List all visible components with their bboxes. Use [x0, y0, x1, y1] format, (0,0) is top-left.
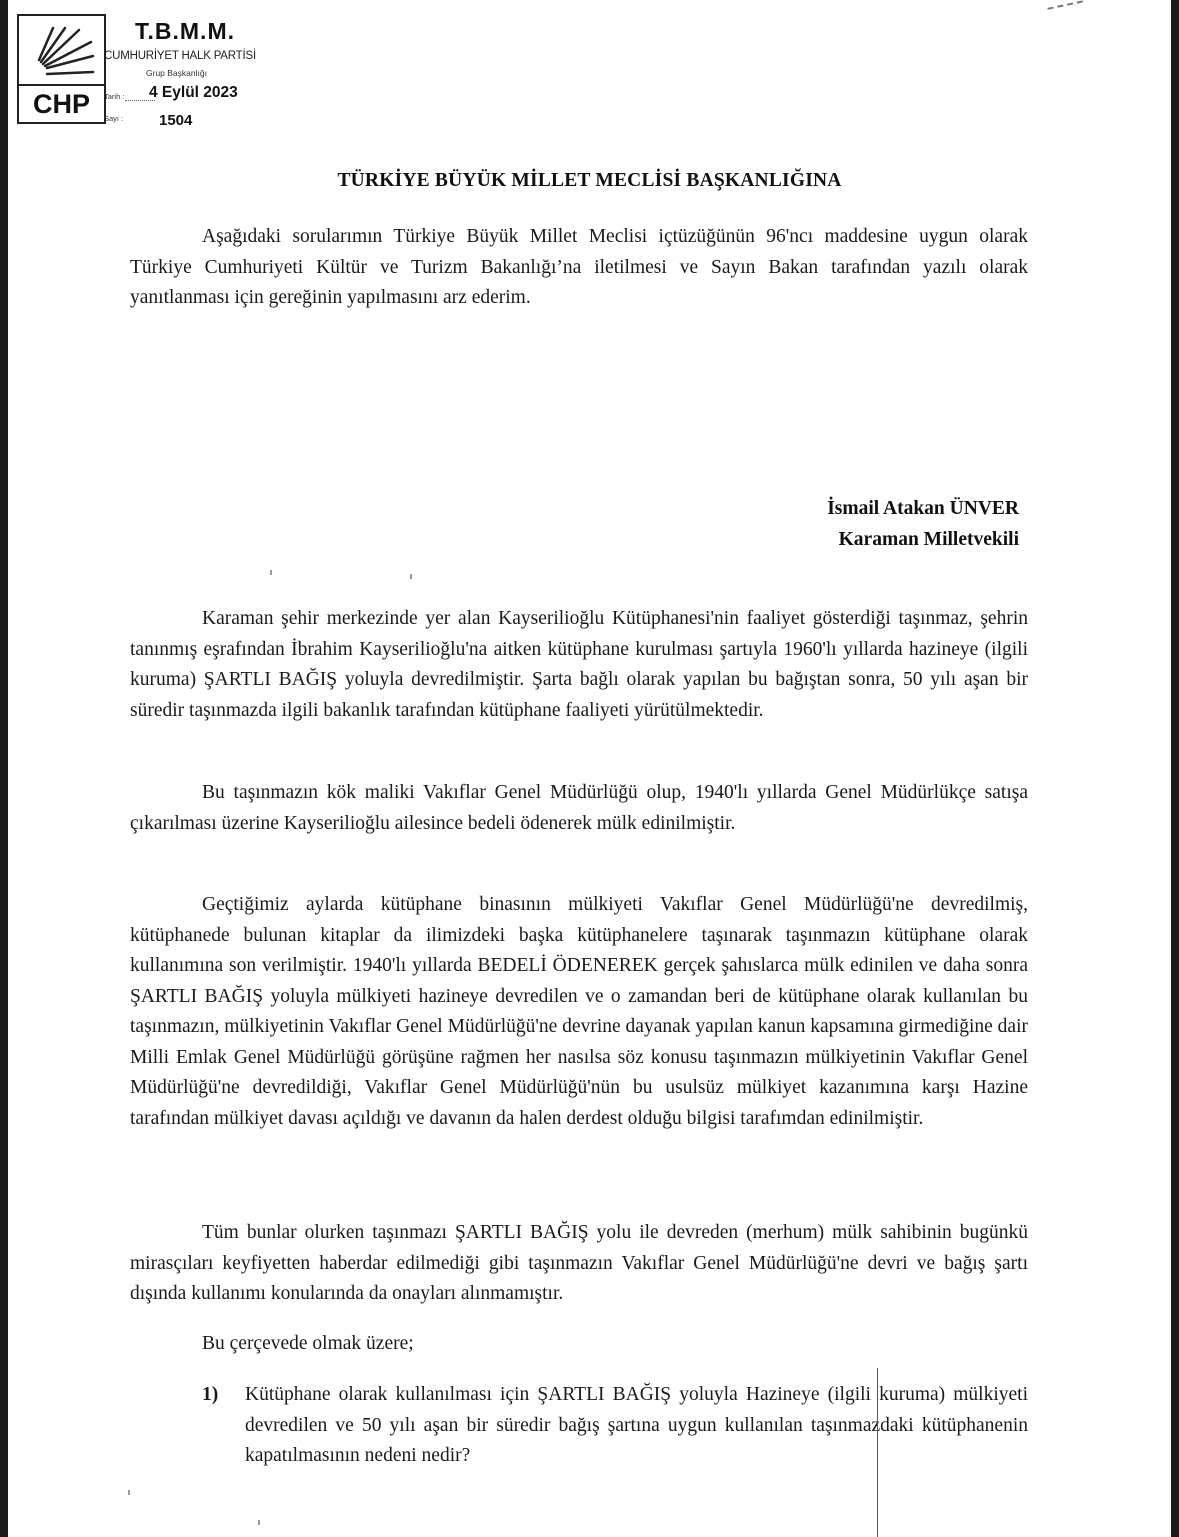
group-name: Grup Başkanlığı: [146, 68, 207, 78]
body-paragraph: Bu taşınmazın kök maliki Vakıflar Genel …: [130, 778, 1028, 839]
signatory-name: İsmail Atakan ÜNVER: [827, 493, 1019, 524]
document-title: TÜRKİYE BÜYÜK MİLLET MECLİSİ BAŞKANLIĞIN…: [8, 170, 1171, 192]
number-label: Sayı :: [104, 114, 123, 123]
question-number: 1): [202, 1380, 218, 1411]
scan-line-artifact: [877, 1368, 878, 1537]
institution-name: T.B.M.M.: [135, 18, 235, 45]
scan-speck: [128, 1490, 130, 1495]
scan-speck: [258, 1520, 260, 1525]
intro-paragraph: Aşağıdaki sorularımın Türkiye Büyük Mill…: [130, 222, 1028, 314]
party-name: CUMHURİYET HALK PARTİSİ: [104, 50, 256, 62]
scan-artifact: [1047, 0, 1084, 17]
body-paragraph: Karaman şehir merkezinde yer alan Kayser…: [130, 604, 1028, 726]
chp-logo: CHP: [17, 14, 106, 124]
body-paragraph: Geçtiğimiz aylarda kütüphane binasının m…: [130, 890, 1028, 1134]
document-date: 4 Eylül 2023: [149, 84, 238, 102]
question-list: 1) Kütüphane olarak kullanılması için ŞA…: [202, 1380, 1028, 1472]
date-label: Tarih :: [104, 92, 124, 101]
question-item: 1) Kütüphane olarak kullanılması için ŞA…: [202, 1380, 1028, 1472]
document-page: CHP T.B.M.M. CUMHURİYET HALK PARTİSİ Gru…: [8, 0, 1171, 1537]
body-paragraph: Tüm bunlar olurken taşınmazı ŞARTLI BAĞI…: [130, 1218, 1028, 1310]
scan-speck: [270, 570, 272, 575]
signatory-role: Karaman Milletvekili: [827, 524, 1019, 555]
question-text: Kütüphane olarak kullanılması için ŞARTL…: [245, 1384, 1028, 1466]
chp-logo-text: CHP: [19, 86, 104, 122]
six-arrows-icon: [19, 16, 104, 86]
signature-block: İsmail Atakan ÜNVER Karaman Milletvekili: [827, 493, 1019, 555]
scan-speck: [410, 574, 412, 579]
document-number: 1504: [159, 112, 192, 129]
body-paragraph: Bu çerçevede olmak üzere;: [130, 1329, 1028, 1360]
